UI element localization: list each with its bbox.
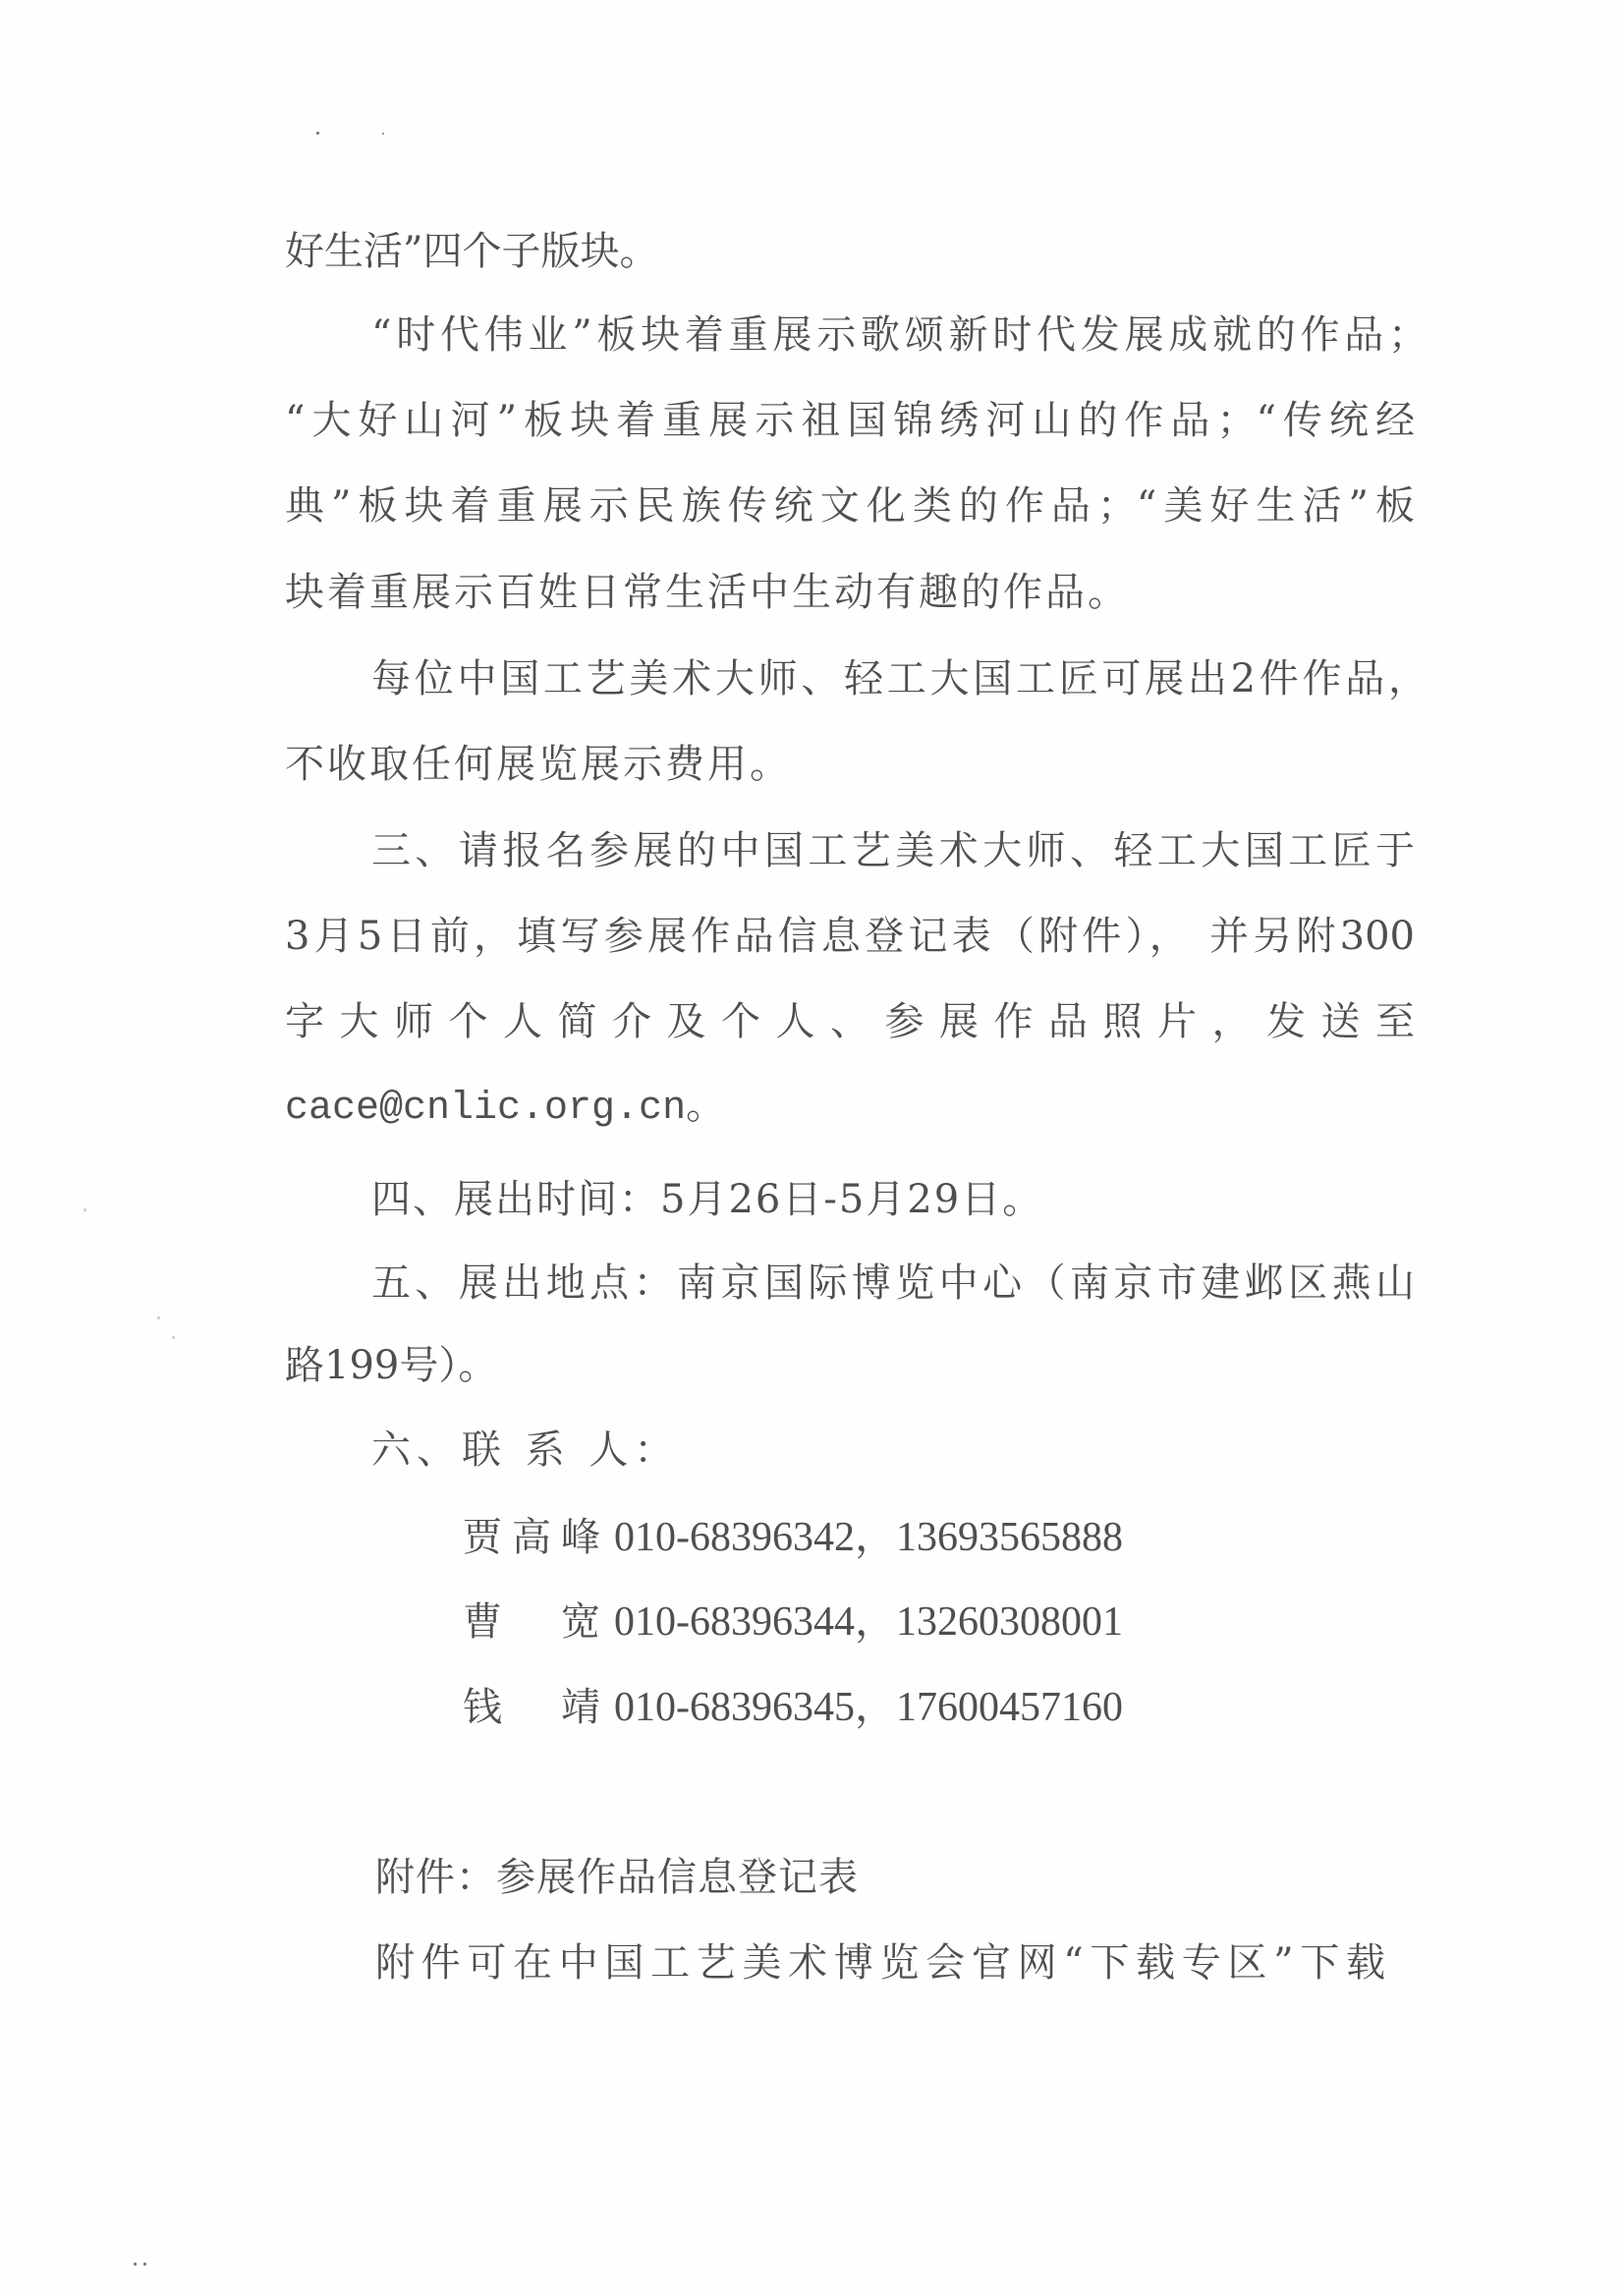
- contact-phones: 010-68396344，13260308001: [614, 1597, 1123, 1647]
- contact-phones: 010-68396345，17600457160: [614, 1683, 1123, 1732]
- paragraph-line: 典”板块着重展示民族传统文化类的作品；“美好生活”板: [285, 481, 1415, 531]
- exhibition-venue: 五、展出地点：南京国际博览中心（南京市建邺区燕山: [371, 1259, 1415, 1308]
- paragraph-line: 三、请报名参展的中国工艺美术大师、轻工大国工匠于: [371, 826, 1415, 875]
- paragraph-line: 路199号）。: [285, 1341, 497, 1390]
- contact-phones: 010-68396342，13693565888: [614, 1513, 1123, 1562]
- document-page: 好生活”四个子版块。 “时代伟业”板块着重展示歌颂新时代发展成就的作品； “大好…: [0, 0, 1624, 2295]
- paragraph-line: 3月5日前，填写参展作品信息登记表（附件）， 并另附300: [285, 912, 1415, 961]
- scan-speck: [316, 132, 319, 135]
- paragraph-line: 不收取任何展览展示费用。: [285, 740, 792, 789]
- exhibition-time: 四、展出时间：5月26日-5月29日。: [371, 1175, 1043, 1224]
- paragraph-line: “时代伟业”板块着重展示歌颂新时代发展成就的作品；: [371, 310, 1428, 360]
- email-address: cace@cnlic.org.cn。: [285, 1085, 725, 1134]
- paragraph-line: 块着重展示百姓日常生活中生动有趣的作品。: [285, 568, 1130, 617]
- paragraph-line: 字大师个人简介及个人、参展作品照片，发送至: [285, 997, 1415, 1046]
- contact-name: 曹 宽: [463, 1597, 600, 1647]
- scan-speck: [382, 133, 384, 135]
- scan-speck: [143, 2263, 146, 2266]
- attachment-note: 附件可在中国工艺美术博览会官网“下载专区”下载: [375, 1938, 1385, 1987]
- paragraph-line: “大好山河”板块着重展示祖国锦绣河山的作品；“传统经: [285, 396, 1415, 445]
- scan-speck: [84, 1208, 86, 1211]
- contacts-heading: 六、联 系 人：: [371, 1426, 679, 1475]
- scan-speck: [172, 1336, 175, 1339]
- contact-name: 贾高峰: [463, 1513, 600, 1562]
- paragraph-line: 好生活”四个子版块。: [285, 227, 658, 276]
- attachment-label: 附件：参展作品信息登记表: [375, 1853, 859, 1902]
- scan-speck: [134, 2263, 137, 2266]
- paragraph-line: 每位中国工艺美术大师、轻工大国工匠可展出2件作品，: [371, 654, 1428, 703]
- contact-name: 钱 靖: [463, 1683, 600, 1732]
- scan-speck: [157, 1316, 160, 1319]
